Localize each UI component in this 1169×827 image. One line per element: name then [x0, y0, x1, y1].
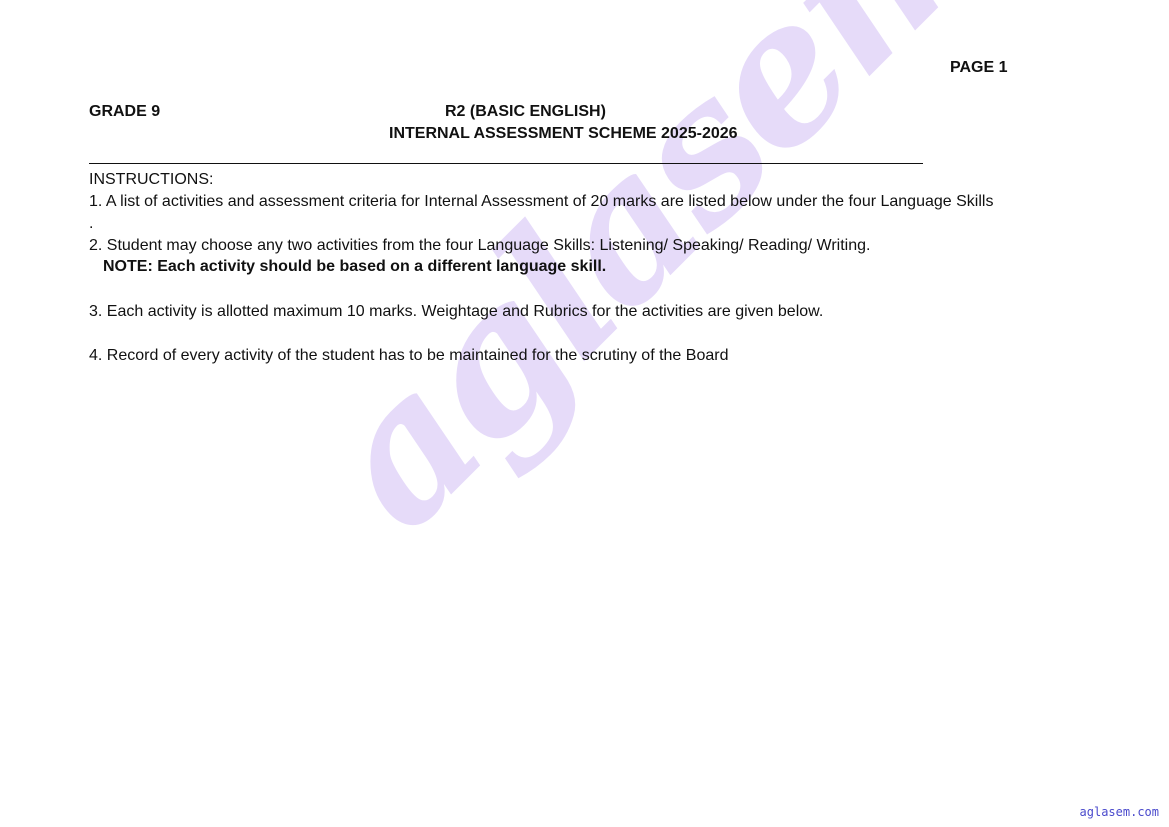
subject-title: R2 (BASIC ENGLISH) — [445, 103, 606, 121]
page-number: PAGE 1 — [950, 59, 1008, 77]
instructions-heading: INSTRUCTIONS: — [89, 170, 213, 190]
scheme-title: INTERNAL ASSESSMENT SCHEME 2025-2026 — [389, 125, 738, 143]
instruction-item-2: 2. Student may choose any two activities… — [89, 236, 870, 256]
instruction-item-1-continuation: . — [89, 214, 93, 234]
grade-label: GRADE 9 — [89, 103, 160, 121]
instruction-item-4: 4. Record of every activity of the stude… — [89, 346, 728, 366]
instruction-note: NOTE: Each activity should be based on a… — [103, 257, 606, 277]
site-link[interactable]: aglasem.com — [1080, 805, 1159, 819]
instruction-item-3: 3. Each activity is allotted maximum 10 … — [89, 302, 823, 322]
instruction-item-1: 1. A list of activities and assessment c… — [89, 192, 993, 212]
horizontal-divider — [89, 163, 923, 164]
watermark-text: aglasem — [281, 0, 1031, 570]
